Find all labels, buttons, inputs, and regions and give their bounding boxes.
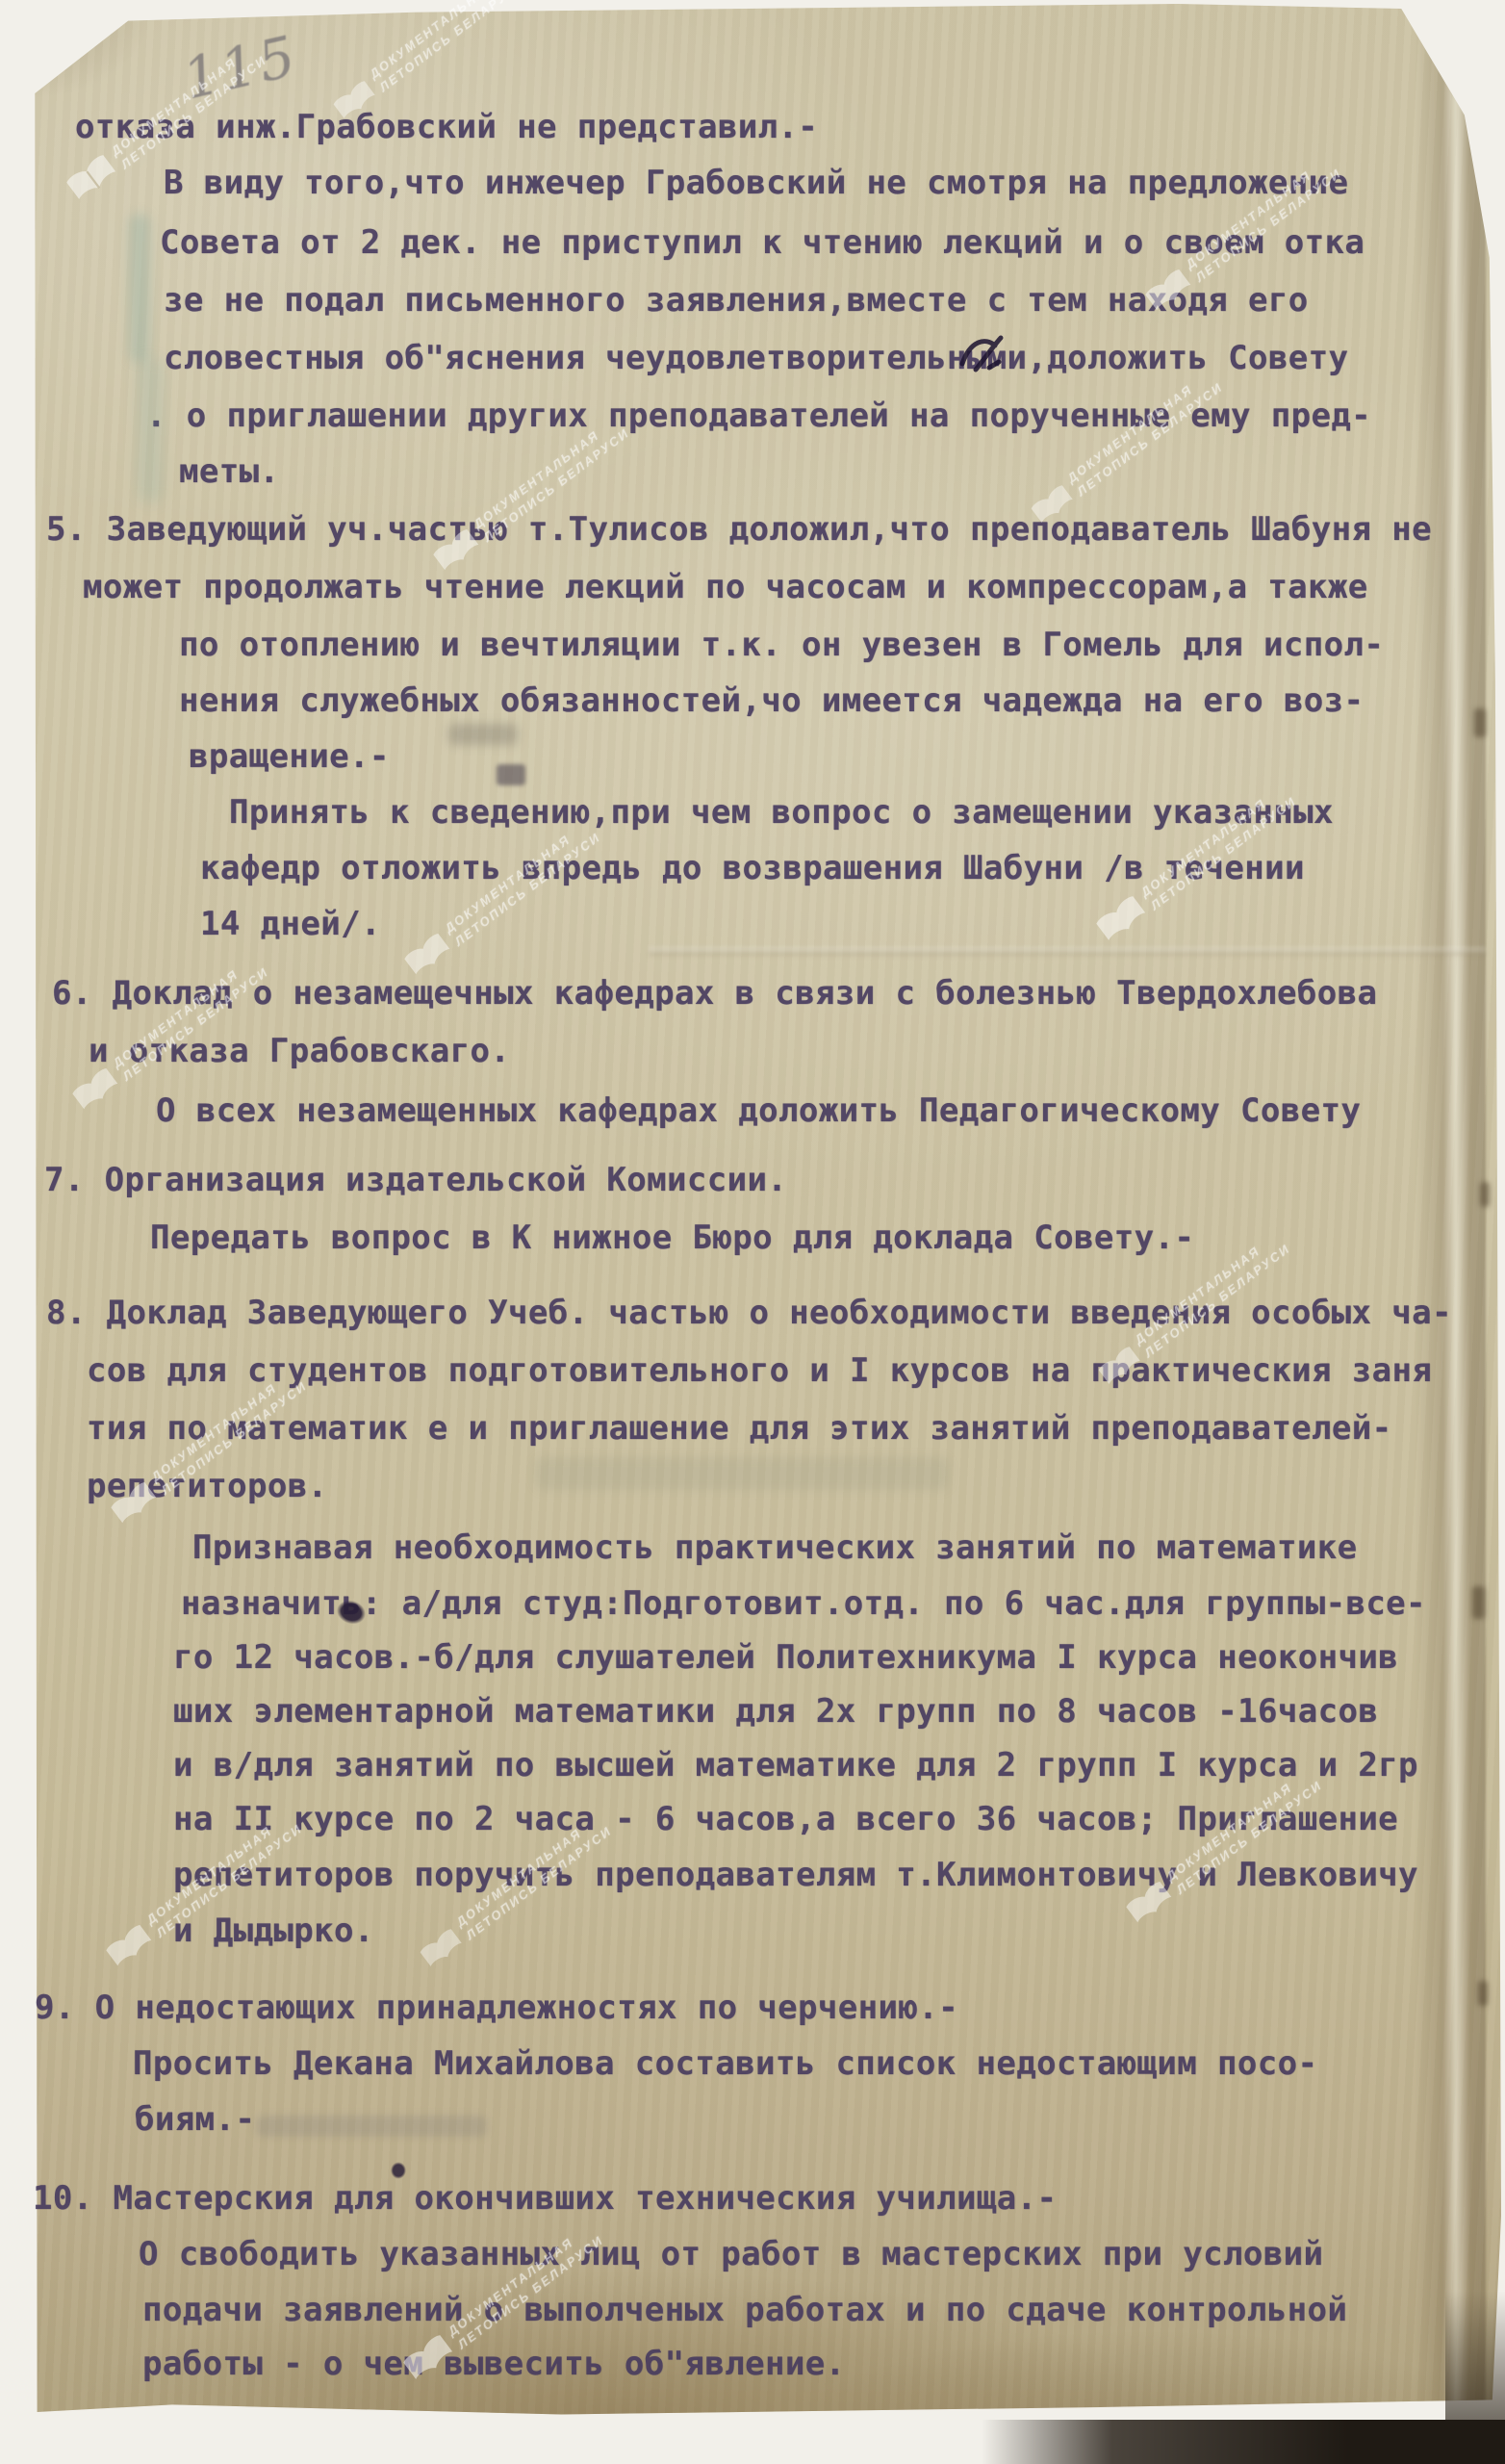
typed-line: Просить Декана Михайлова составить списо… [133,2044,1317,2083]
typed-line: тия по математик е и приглашение для эти… [87,1409,1392,1448]
typed-line: на II курсе по 2 часа - 6 часов,а всего … [173,1800,1398,1838]
typed-line: меты. [179,452,279,491]
typed-line: отказа инж.Грабовский не представил.- [75,108,818,146]
typed-line: вращение.- [189,737,390,776]
scanner-shadow [1445,2291,1505,2435]
typed-line: Совета от 2 дек. не приступил к чтению л… [160,223,1365,262]
typed-line: словестныя об"яснения чеудовлетворительн… [164,339,1348,377]
typed-line: и отказа Грабовскаго. [89,1032,510,1070]
typed-line: 9. О недостающих принадлежностях по черч… [35,1989,958,2027]
typed-line: 14 дней/. [200,905,381,943]
scanned-archive-page: { "page": { "folio_number_handwritten": … [0,0,1505,2464]
typed-line: О всех незамещенных кафедрах доложить Пе… [156,1091,1361,1130]
typed-line: и в/для занятий по высшей математике для… [173,1746,1418,1784]
typed-line: сов для студентов подготовительного и I … [87,1351,1432,1390]
typed-line: . о приглашении других преподавателей на… [146,397,1371,435]
typed-line: 7. Организация издательской Комиссии. [44,1161,787,1199]
typed-line: О свободить указанных лиц от работ в мас… [139,2235,1323,2273]
typed-line: и Дыдырко. [173,1912,374,1950]
typed-line: по отоплению и вечтиляции т.к. он увезен… [179,626,1384,664]
typed-line: работы - о чем вывесить об"явление. [142,2345,845,2383]
typed-line: назначить: а/для студ:Подготовит.отд. по… [181,1584,1426,1623]
typed-line: кафедр отложить впредь до возврашения Ша… [200,849,1305,887]
typed-line: го 12 часов.-б/для слушателей Политехник… [173,1638,1398,1677]
typed-line: 6. Доклад о незамещечных кафедрах в связ… [52,974,1377,1013]
typed-line: Принять к сведению,при чем вопрос о заме… [229,793,1334,832]
typed-line: 10. Мастерския для окончивших технически… [33,2179,1057,2218]
scanner-shadow-bottom-right [982,2420,1505,2464]
typed-line: биям.- [135,2100,255,2139]
typed-line: зе не подал письменного заявления,вместе… [164,281,1309,320]
typed-line: Признавая необходимость практических зан… [192,1528,1357,1567]
typed-line: может продолжать чтение лекций по часоса… [83,568,1368,606]
typed-line: репетиторов. [87,1467,327,1505]
typed-line: 5. Заведующий уч.частью т.Тулисов доложи… [46,510,1432,549]
typed-line: Передать вопрос в К нижное Бюро для докл… [150,1219,1194,1257]
typed-line: 8. Доклад Заведующего Учеб. частью о нео… [46,1294,1452,1332]
typed-line: ших элементарной математики для 2х групп… [173,1692,1378,1731]
typed-line: репетиторов поручить преподавателям т.Кл… [173,1856,1418,1894]
typed-line: подачи заявлений о выполченых работах и … [142,2291,1347,2329]
typed-line: нения служебных обязанностей,чо имеется … [179,681,1364,720]
typed-text-layer: отказа инж.Грабовский не представил.-В в… [0,0,1505,2464]
typed-line: В виду того,что инжечер Грабовский не см… [164,164,1348,202]
